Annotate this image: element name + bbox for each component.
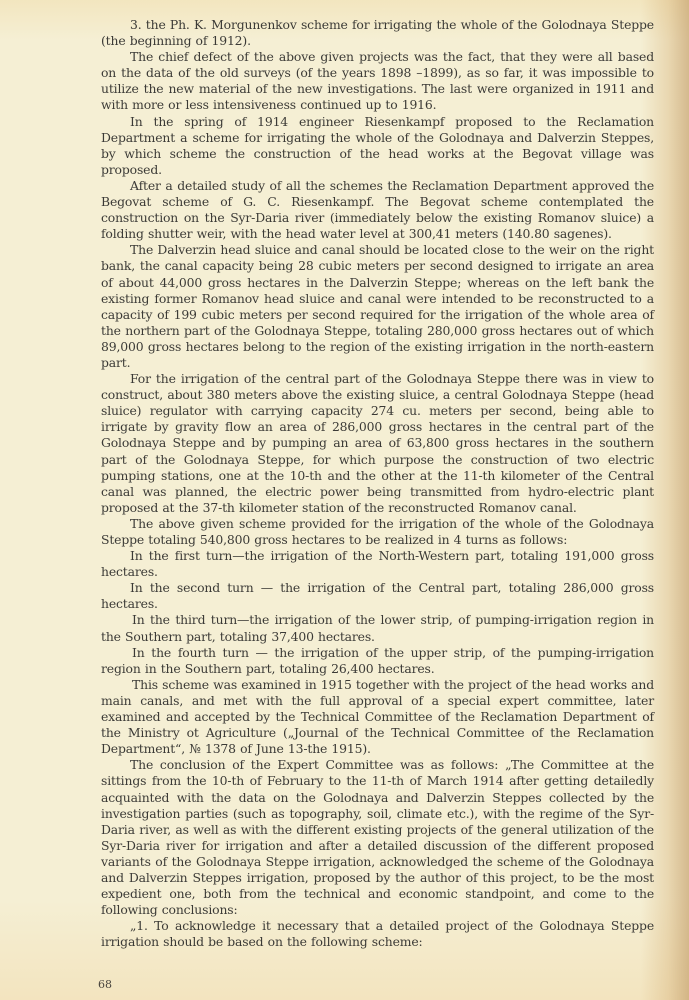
paragraph-expert-committee-conclusion: The conclusion of the Expert Committee w…: [101, 757, 654, 918]
paragraph-morgunenkov-scheme: 3. the Ph. K. Morgunenkov scheme for irr…: [101, 17, 654, 49]
paragraph-dalverzin-head-sluice: The Dalverzin head sluice and canal shou…: [101, 242, 654, 371]
paragraph-third-turn: In the third turn—the irrigation of the …: [101, 612, 654, 644]
scanned-page: 3. the Ph. K. Morgunenkov scheme for irr…: [0, 0, 689, 1000]
body-text: 3. the Ph. K. Morgunenkov scheme for irr…: [101, 17, 654, 950]
paragraph-central-part-irrigation: For the irrigation of the central part o…: [101, 371, 654, 516]
paragraph-fourth-turn: In the fourth turn — the irrigation of t…: [101, 645, 654, 677]
paragraph-riesenkampf-proposal: In the spring of 1914 engineer Riesenkam…: [101, 114, 654, 178]
paragraph-begovat-scheme: After a detailed study of all the scheme…: [101, 178, 654, 242]
paragraph-first-turn: In the first turn—the irrigation of the …: [101, 548, 654, 580]
paragraph-four-turns-intro: The above given scheme provided for the …: [101, 516, 654, 548]
paragraph-scheme-examined: This scheme was examined in 1915 togethe…: [101, 677, 654, 757]
page-number: 68: [98, 978, 112, 991]
paragraph-conclusion-item-1: „1. To acknowledge it necessary that a d…: [101, 918, 654, 950]
paragraph-second-turn: In the second turn — the irrigation of t…: [101, 580, 654, 612]
paragraph-chief-defect: The chief defect of the above given proj…: [101, 49, 654, 113]
